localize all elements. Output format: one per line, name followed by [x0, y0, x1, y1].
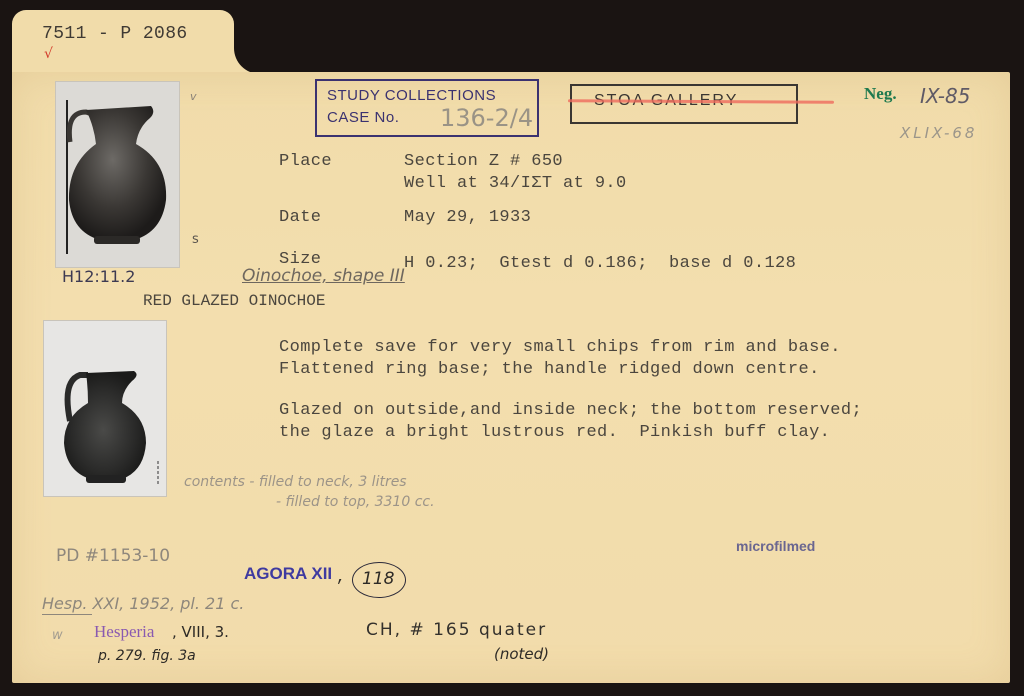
agora-stamp: AGORA XII: [244, 564, 332, 584]
margin-mark: w: [52, 628, 63, 643]
place-value-line1: Section Z # 650: [404, 152, 563, 171]
date-label: Date: [279, 208, 321, 227]
description-para1-line2: Flattened ring base; the handle ridged d…: [279, 360, 820, 379]
oinochoe-image: [56, 82, 179, 267]
hesperia-volume: , VIII, 3.: [172, 623, 229, 641]
object-title: RED GLAZED OINOCHOE: [143, 292, 325, 310]
inventory-number: 7511 - P 2086: [42, 24, 188, 44]
photo-caption: H12:11.2: [62, 267, 135, 286]
pd-number: PD #1153-10: [56, 546, 170, 566]
oinochoe-image: [44, 321, 166, 496]
handwritten-shape-note: Oinochoe, shape III: [242, 266, 405, 286]
ch-reference: CH, # 165 quater: [366, 620, 547, 640]
hesp-underline: [42, 614, 92, 615]
neg-label: Neg.: [864, 84, 897, 104]
photo-oinochoe-bottom: [43, 320, 167, 497]
ch-note: (noted): [494, 645, 549, 663]
side-mark-s: s: [192, 232, 199, 247]
check-mark-icon: √: [44, 46, 53, 62]
neg-secondary-number: XLIX-68: [900, 124, 977, 142]
side-mark-v: v: [190, 90, 197, 103]
size-value: H 0.23; Gtest d 0.186; base d 0.128: [404, 254, 796, 273]
place-value-line2: Well at 34/IΣT at 9.0: [404, 174, 627, 193]
description-para2-line1: Glazed on outside,and inside neck; the b…: [279, 401, 862, 420]
agora-number: 118: [362, 569, 394, 589]
microfilmed-stamp: microfilmed: [736, 538, 815, 554]
place-label: Place: [279, 152, 332, 171]
neg-number: IX-85: [920, 84, 970, 108]
contents-note-line1: contents - filled to neck, 3 litres: [184, 474, 407, 490]
contents-note-line2: - filled to top, 3310 cc.: [276, 494, 435, 510]
hesperia-stamp: Hesperia: [94, 622, 154, 642]
hesp-reference: Hesp. XXI, 1952, pl. 21 c.: [42, 594, 244, 613]
date-value: May 29, 1933: [404, 208, 531, 227]
description-para2-line2: the glaze a bright lustrous red. Pinkish…: [279, 423, 830, 442]
case-number: 136-2/4: [440, 104, 533, 132]
photo-oinochoe-top: [55, 81, 180, 268]
description-para1-line1: Complete save for very small chips from …: [279, 338, 841, 357]
stoa-gallery-stamp: STOA GALLERY: [570, 84, 798, 124]
hesperia-page: p. 279. fig. 3a: [98, 648, 196, 664]
